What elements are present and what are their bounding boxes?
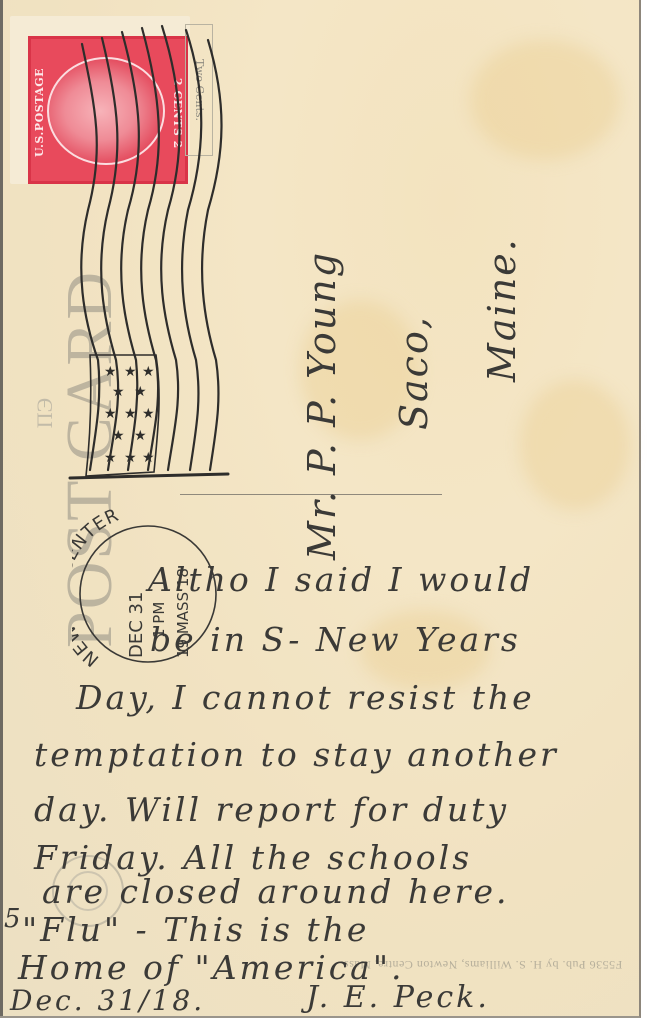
svg-text:★: ★ [142, 450, 155, 466]
flag-cancellation-icon: ★★★ ★★ ★★★ ★★ ★★★ [0, 0, 260, 500]
age-stain [470, 40, 620, 160]
message-line: are closed around here. [42, 872, 509, 911]
svg-text:★: ★ [124, 450, 137, 466]
recipient-name: Mr. P. P. Young [300, 251, 344, 560]
svg-text:★: ★ [142, 364, 155, 380]
message-line: day. Will report for duty [34, 790, 509, 829]
svg-text:★: ★ [124, 364, 137, 380]
message-date: Dec. 31/18. [10, 984, 205, 1017]
postmark-date: DEC 31 [126, 592, 147, 658]
svg-text:★: ★ [134, 384, 147, 400]
recipient-state: Maine. [480, 237, 524, 382]
svg-text:★: ★ [142, 406, 155, 422]
message-line: Altho I said I would [148, 560, 534, 599]
message-line: "Flu" - This is the [22, 910, 369, 949]
postcard: POST CARD ПЭ U.S.POSTAGE 2 CENTS 2 Two C… [0, 0, 641, 1018]
message-line: Day, I cannot resist the [76, 678, 535, 717]
svg-text:★: ★ [134, 428, 147, 444]
svg-text:★: ★ [112, 428, 125, 444]
signature: J. E. Peck. [306, 980, 490, 1015]
margin-mark: 5 [4, 904, 24, 934]
age-stain [520, 380, 630, 510]
svg-text:★: ★ [104, 364, 117, 380]
recipient-city: Saco, [392, 315, 436, 430]
svg-text:★: ★ [112, 384, 125, 400]
message-line: temptation to stay another [34, 735, 559, 774]
message-line: be in S- New Years [150, 620, 521, 659]
svg-text:★: ★ [124, 406, 137, 422]
svg-text:★: ★ [104, 450, 117, 466]
svg-text:★: ★ [104, 406, 117, 422]
